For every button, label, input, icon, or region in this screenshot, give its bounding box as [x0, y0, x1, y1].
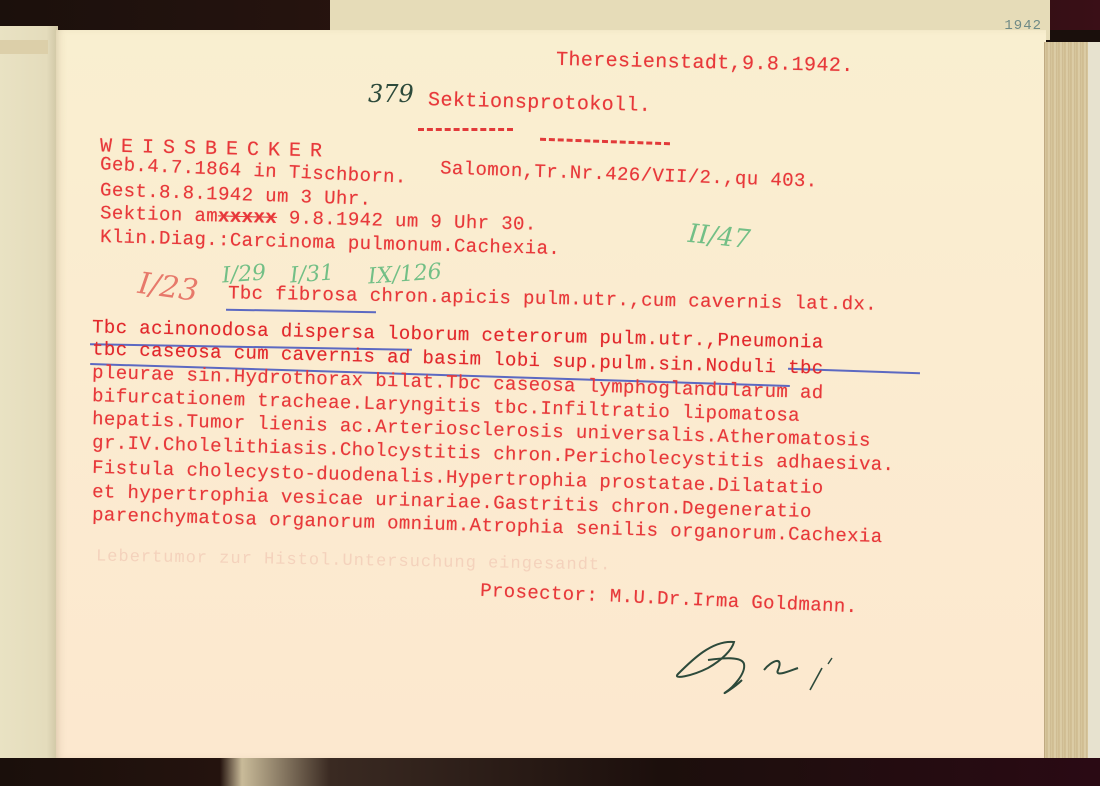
background-bottom-edge	[0, 758, 1100, 786]
page-stack-edge	[1044, 42, 1089, 758]
autopsy-struck-text: xxxxx	[218, 205, 278, 229]
signature-icon	[672, 630, 852, 710]
right-edge	[1088, 42, 1100, 786]
protocol-number-handwritten: 379	[368, 80, 414, 108]
left-page-tab	[0, 40, 48, 54]
left-facing-page	[0, 26, 58, 760]
autopsy-prefix: Sektion am	[100, 202, 219, 227]
title-underline-1	[418, 128, 513, 131]
annotation-green-ii-47: II/47	[687, 219, 752, 255]
